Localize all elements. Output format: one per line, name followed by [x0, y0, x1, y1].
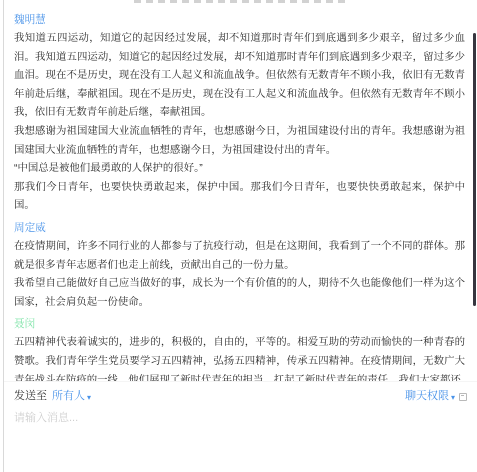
message-author[interactable]: 周定威	[14, 219, 465, 238]
scrollbar-thumb[interactable]	[473, 33, 476, 306]
chat-panel: 魏明慧我知道五四运动，知道它的起因经过发展，却不知道那时青年们到底遇到多少艰辛，…	[0, 0, 477, 472]
chat-log[interactable]: 魏明慧我知道五四运动，知道它的起因经过发展，却不知道那时青年们到底遇到多少艰辛，…	[4, 0, 477, 381]
left-border	[3, 0, 4, 472]
message-paragraph: 我知道五四运动，知道它的起因经过发展，却不知道那时青年们到底遇到多少艰辛，留过多…	[14, 30, 465, 123]
message-paragraph: 五四精神代表着诚实的，进步的，积极的，自由的，平等的。相爱互助的劳动而愉快的一种…	[14, 334, 465, 381]
message-paragraph: “中国总是被他们最勇敢的人保护的很好。”	[14, 160, 465, 179]
chat-message: 魏明慧我知道五四运动，知道它的起因经过发展，却不知道那时青年们到底遇到多少艰辛，…	[14, 11, 465, 216]
popout-window-icon[interactable]	[459, 393, 467, 401]
chat-message: 周定威在疫情期间，许多不同行业的人都参与了抗疫行动，但是在这期间，我看到了一个不…	[14, 219, 465, 312]
input-placeholder: 请输入消息...	[14, 411, 467, 426]
send-to-label: 发送至	[14, 389, 47, 404]
message-paragraph: 那我们今日青年，也要快快勇敢起来，保护中国。那我们今日青年，也要快快勇敢起来，保…	[14, 179, 465, 216]
chevron-down-icon: ▾	[87, 390, 91, 405]
chat-message: 聂闵五四精神代表着诚实的，进步的，积极的，自由的，平等的。相爱互助的劳动而愉快的…	[14, 315, 465, 381]
send-to-dropdown[interactable]: 所有人 ▾	[52, 389, 91, 404]
composer: 发送至 所有人 ▾ 聊天权限 ▾ 请输入消息...	[4, 381, 477, 472]
send-to-value: 所有人	[52, 389, 85, 404]
chat-permission-label: 聊天权限	[405, 389, 449, 404]
message-author[interactable]: 魏明慧	[14, 11, 465, 30]
composer-bar: 发送至 所有人 ▾ 聊天权限 ▾	[4, 382, 477, 404]
chevron-down-icon: ▾	[451, 390, 455, 405]
message-paragraph: 我希望自己能做好自己应当做好的事，成长为一个有价值的的人，期待不久也能像他们一样…	[14, 275, 465, 312]
message-author[interactable]: 聂闵	[14, 315, 465, 334]
chat-permission-dropdown[interactable]: 聊天权限 ▾	[405, 389, 455, 404]
message-paragraph: 在疫情期间，许多不同行业的人都参与了抗疫行动，但是在这期间，我看到了一个不同的群…	[14, 238, 465, 275]
message-paragraph: 我想感谢为祖国建国大业流血牺牲的青年，也想感谢今日，为祖国建设付出的青年。我想感…	[14, 123, 465, 160]
message-input[interactable]: 请输入消息...	[4, 404, 477, 462]
